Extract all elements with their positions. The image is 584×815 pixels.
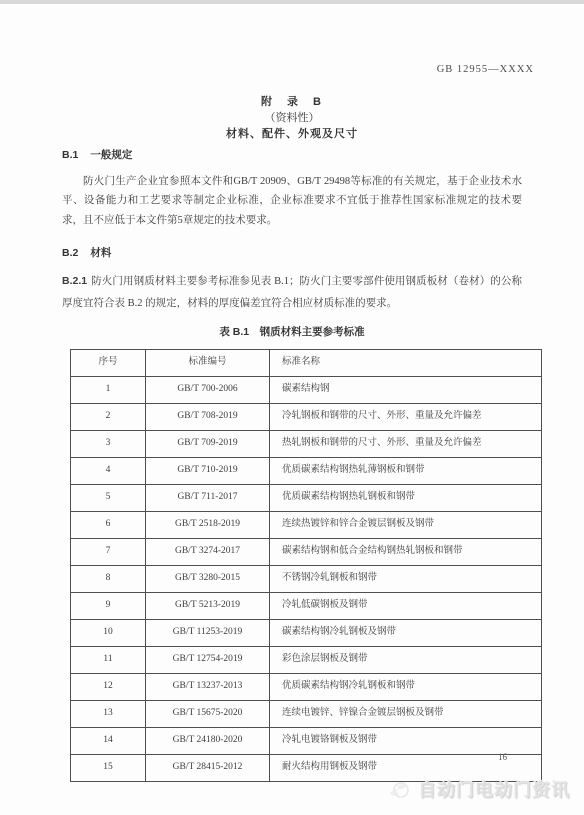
- table-row: 1GB/T 700-2006碳素结构钢: [71, 377, 542, 404]
- table-row: 9GB/T 5213-2019冷轧低碳钢板及钢带: [71, 593, 542, 620]
- material-standards-table: 序号 标准编号 标准名称 1GB/T 700-2006碳素结构钢2GB/T 70…: [70, 349, 542, 782]
- column-header-name: 标准名称: [270, 350, 542, 377]
- column-header-code: 标准编号: [146, 350, 270, 377]
- cell-seq: 3: [71, 431, 146, 458]
- cell-code: GB/T 28415-2012: [146, 755, 270, 782]
- cell-code: GB/T 711-2017: [146, 485, 270, 512]
- cell-code: GB/T 708-2019: [146, 404, 270, 431]
- cell-name: 连续电镀锌、锌镍合金镀层钢板及钢带: [270, 701, 542, 728]
- cell-seq: 12: [71, 674, 146, 701]
- cell-seq: 5: [71, 485, 146, 512]
- table-row: 4GB/T 710-2019优质碳素结构钢热轧薄钢板和钢带: [71, 458, 542, 485]
- table-b1-caption: 表 B.1 钢质材料主要参考标准: [62, 323, 522, 343]
- cell-seq: 7: [71, 539, 146, 566]
- cell-code: GB/T 11253-2019: [146, 620, 270, 647]
- cell-code: GB/T 700-2006: [146, 377, 270, 404]
- cell-name: 冷轧低碳钢板及钢带: [270, 593, 542, 620]
- cell-seq: 8: [71, 566, 146, 593]
- material-table-body: 1GB/T 700-2006碳素结构钢2GB/T 708-2019冷轧钢板和钢带…: [71, 377, 542, 782]
- cell-name: 优质碳素结构钢热轧钢板和钢带: [270, 485, 542, 512]
- table-row: 2GB/T 708-2019冷轧钢板和钢带的尺寸、外形、重量及允许偏差: [71, 404, 542, 431]
- cell-code: GB/T 5213-2019: [146, 593, 270, 620]
- cell-code: GB/T 710-2019: [146, 458, 270, 485]
- clause-text-b21: 防火门用钢质材料主要参考标准参见表 B.1；防火门主要零部件使用钢质板材（卷材）…: [62, 276, 522, 309]
- section-heading-b1: B.1一般规定: [62, 146, 522, 166]
- cell-seq: 11: [71, 647, 146, 674]
- document-body: B.1一般规定 防火门生产企业宜参照本文件和GB/T 20909、GB/T 29…: [62, 146, 522, 782]
- page-number: 16: [498, 752, 507, 762]
- brand-watermark-text: 自动门电动门资讯: [418, 776, 570, 802]
- brand-watermark: 自动门电动门资讯: [388, 776, 570, 802]
- table-row: 5GB/T 711-2017优质碳素结构钢热轧钢板和钢带: [71, 485, 542, 512]
- table-row: 8GB/T 3280-2015不锈钢冷轧钢板和钢带: [71, 566, 542, 593]
- appendix-title-block: 附 录 B （资料性） 材料、配件、外观及尺寸: [0, 94, 584, 142]
- paragraph-b1: 防火门生产企业宜参照本文件和GB/T 20909、GB/T 29498等标准的有…: [62, 172, 522, 231]
- cell-seq: 1: [71, 377, 146, 404]
- cell-name: 碳素结构钢冷轧钢板及钢带: [270, 620, 542, 647]
- cell-code: GB/T 13237-2013: [146, 674, 270, 701]
- table-row: 14GB/T 24180-2020冷轧电镀铬钢板及钢带: [71, 728, 542, 755]
- table-row: 13GB/T 15675-2020连续电镀锌、锌镍合金镀层钢板及钢带: [71, 701, 542, 728]
- brand-logo-icon: [388, 777, 412, 801]
- cell-code: GB/T 24180-2020: [146, 728, 270, 755]
- document-number: GB 12955—XXXX: [437, 64, 534, 75]
- section-title-b2: 材料: [90, 247, 111, 259]
- cell-name: 彩色涂层钢板及钢带: [270, 647, 542, 674]
- cell-seq: 9: [71, 593, 146, 620]
- section-heading-b2: B.2材料: [62, 244, 522, 264]
- cell-seq: 2: [71, 404, 146, 431]
- cell-seq: 10: [71, 620, 146, 647]
- cell-code: GB/T 709-2019: [146, 431, 270, 458]
- page-top-edge: [0, 0, 584, 4]
- cell-code: GB/T 12754-2019: [146, 647, 270, 674]
- table-row: 7GB/T 3274-2017碳素结构钢和低合金结构钢热轧钢板和钢带: [71, 539, 542, 566]
- cell-name: 优质碳素结构钢冷轧钢板和钢带: [270, 674, 542, 701]
- section-number-b1: B.1: [62, 149, 78, 161]
- cell-code: GB/T 3274-2017: [146, 539, 270, 566]
- appendix-subject: 材料、配件、外观及尺寸: [0, 126, 584, 142]
- cell-name: 冷轧钢板和钢带的尺寸、外形、重量及允许偏差: [270, 404, 542, 431]
- cell-name: 热轧钢板和钢带的尺寸、外形、重量及允许偏差: [270, 431, 542, 458]
- clause-number-b21: B.2.1: [62, 275, 87, 287]
- cell-seq: 13: [71, 701, 146, 728]
- cell-name: 不锈钢冷轧钢板和钢带: [270, 566, 542, 593]
- table-row: 12GB/T 13237-2013优质碳素结构钢冷轧钢板和钢带: [71, 674, 542, 701]
- section-number-b2: B.2: [62, 247, 78, 259]
- cell-code: GB/T 3280-2015: [146, 566, 270, 593]
- table-row: 3GB/T 709-2019热轧钢板和钢带的尺寸、外形、重量及允许偏差: [71, 431, 542, 458]
- table-row: 11GB/T 12754-2019彩色涂层钢板及钢带: [71, 647, 542, 674]
- cell-name: 碳素结构钢和低合金结构钢热轧钢板和钢带: [270, 539, 542, 566]
- table-header-row: 序号 标准编号 标准名称: [71, 350, 542, 377]
- cell-name: 碳素结构钢: [270, 377, 542, 404]
- cell-name: 优质碳素结构钢热轧薄钢板和钢带: [270, 458, 542, 485]
- column-header-seq: 序号: [71, 350, 146, 377]
- appendix-nature: （资料性）: [0, 110, 584, 126]
- cell-code: GB/T 2518-2019: [146, 512, 270, 539]
- cell-code: GB/T 15675-2020: [146, 701, 270, 728]
- cell-seq: 6: [71, 512, 146, 539]
- cell-seq: 14: [71, 728, 146, 755]
- appendix-title: 附 录 B: [0, 94, 584, 110]
- paragraph-b21: B.2.1防火门用钢质材料主要参考标准参见表 B.1；防火门主要零部件使用钢质板…: [62, 270, 522, 315]
- cell-seq: 4: [71, 458, 146, 485]
- cell-seq: 15: [71, 755, 146, 782]
- cell-name: 连续热镀锌和锌合金镀层钢板及钢带: [270, 512, 542, 539]
- table-row: 6GB/T 2518-2019连续热镀锌和锌合金镀层钢板及钢带: [71, 512, 542, 539]
- section-title-b1: 一般规定: [90, 149, 132, 161]
- table-row: 10GB/T 11253-2019碳素结构钢冷轧钢板及钢带: [71, 620, 542, 647]
- cell-name: 冷轧电镀铬钢板及钢带: [270, 728, 542, 755]
